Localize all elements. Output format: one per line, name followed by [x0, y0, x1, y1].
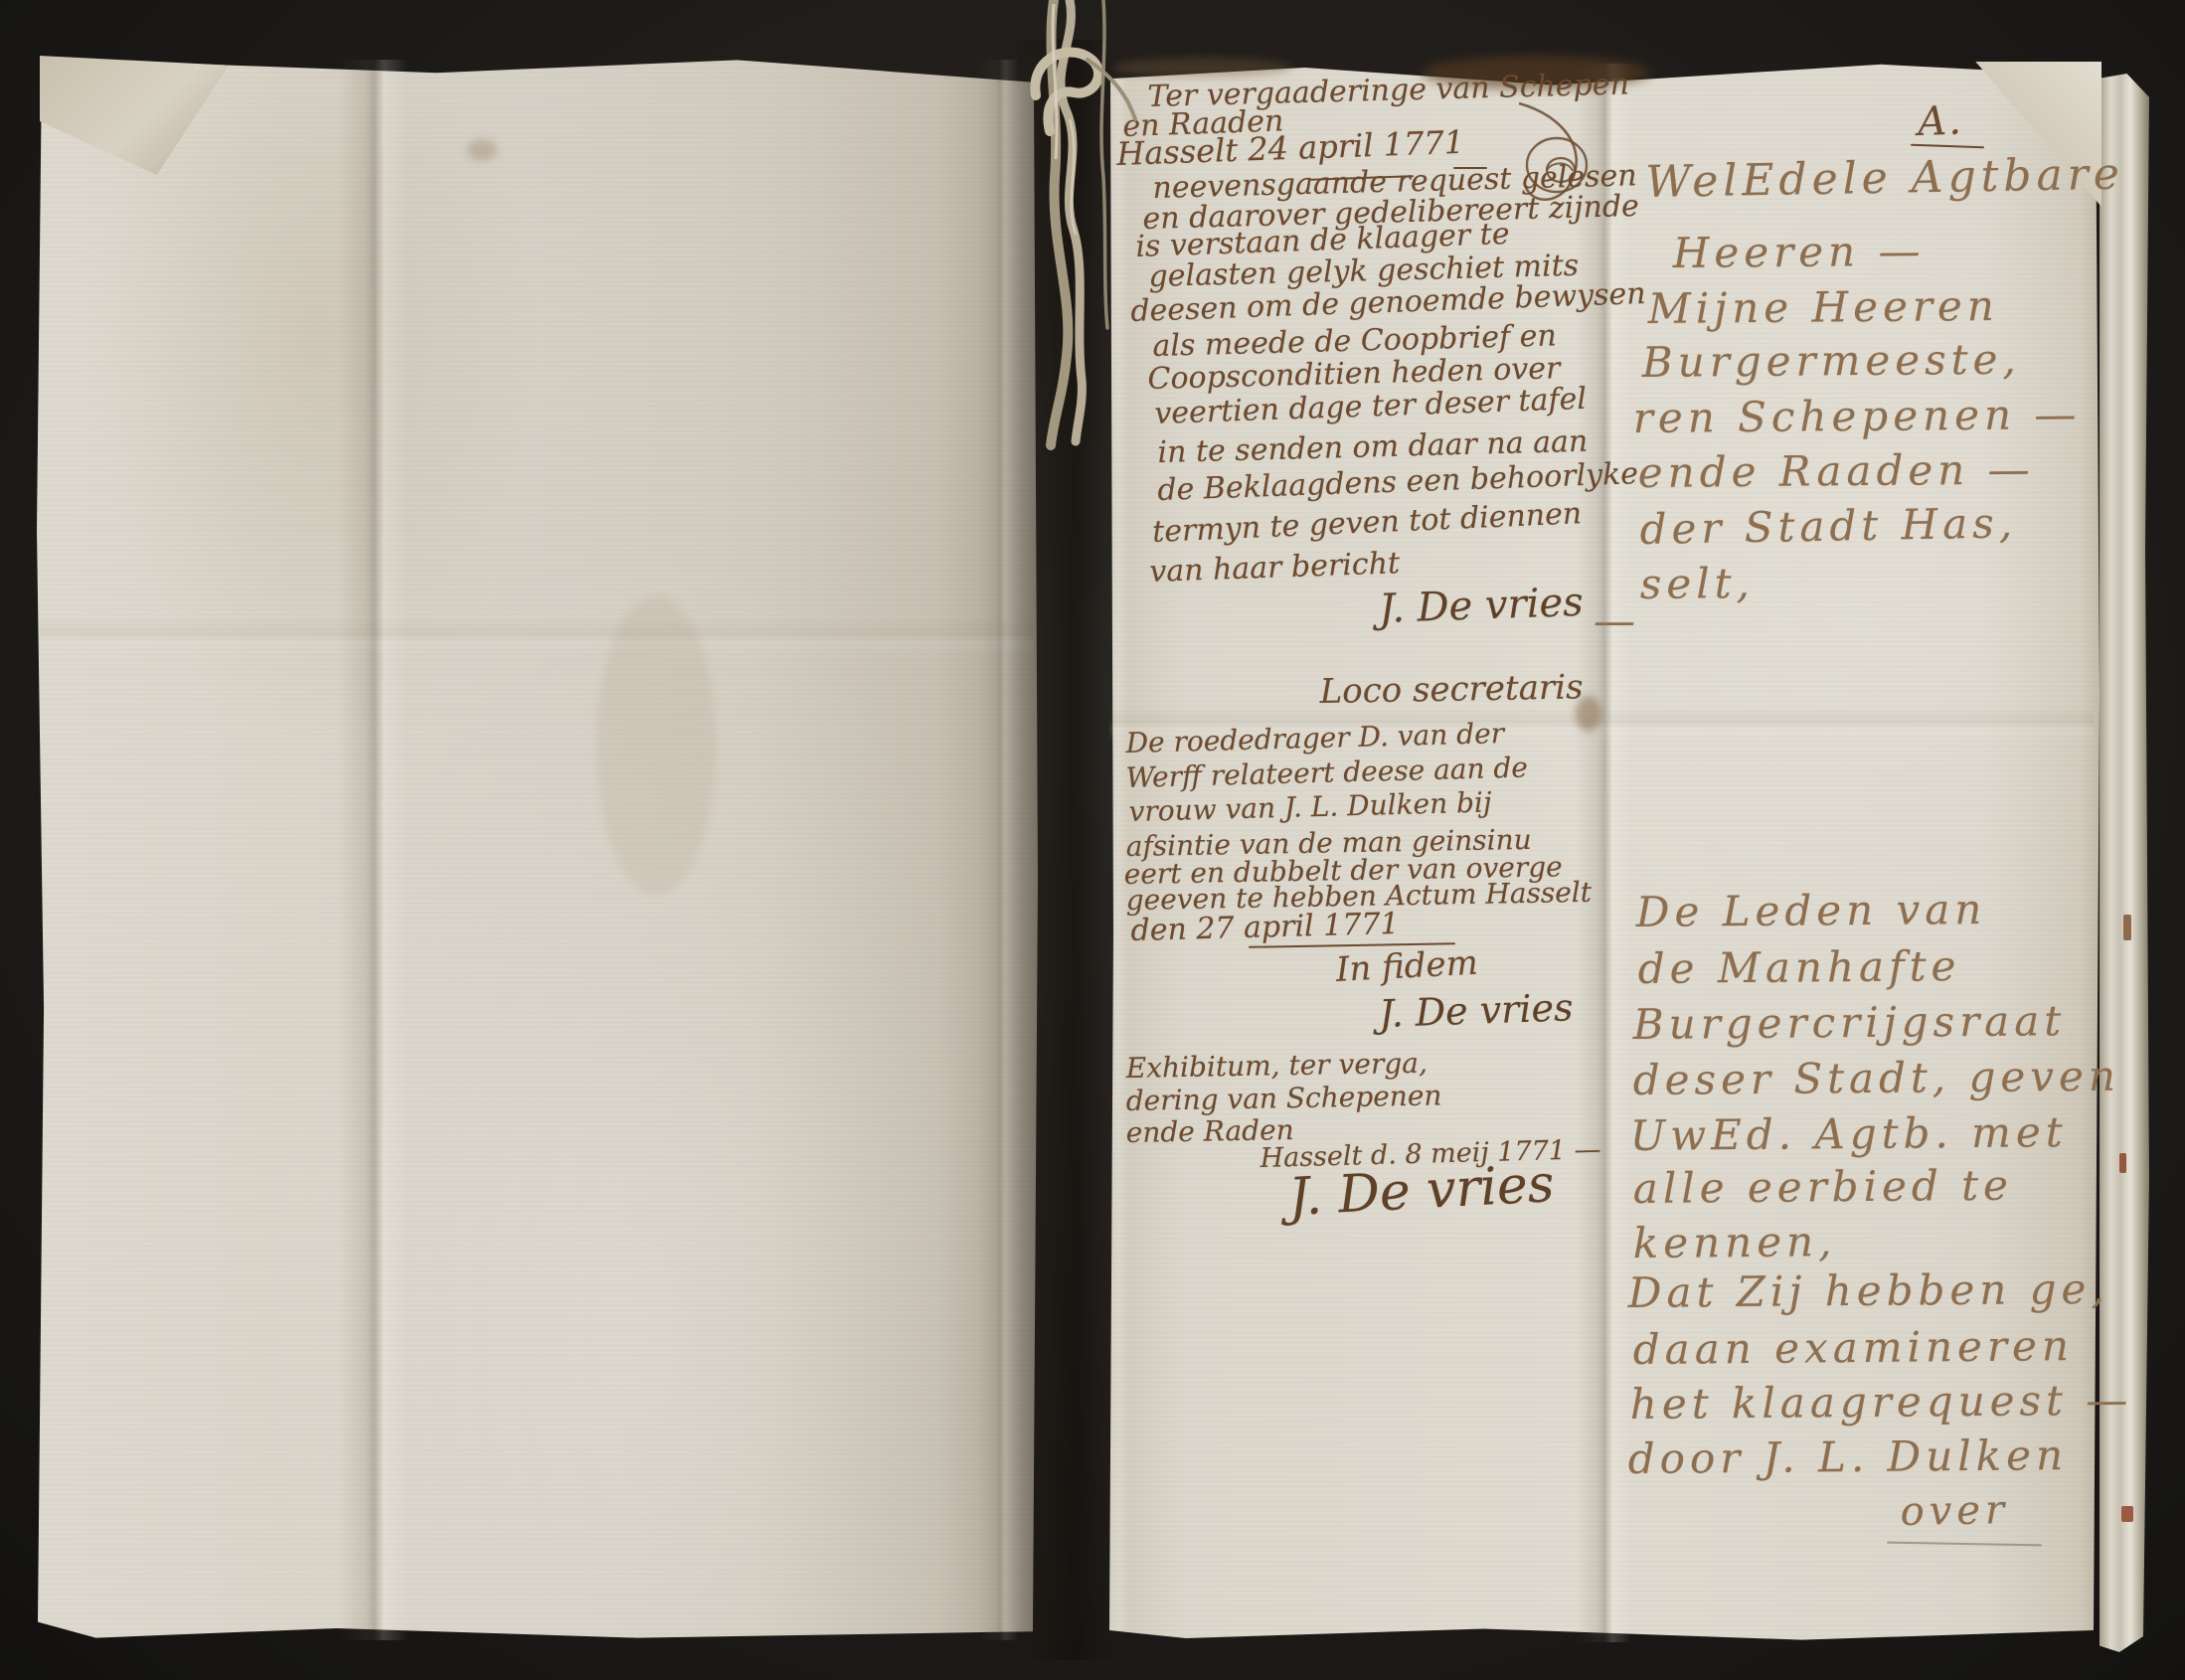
request-body-line: Burgercrijgsraat — [1633, 996, 2067, 1049]
address-line: Mijne Heeren — [1648, 281, 1999, 333]
address-dash: — — [1594, 596, 1640, 645]
request-body-line: daan examineren — [1633, 1321, 2075, 1374]
address-line: Heeren — — [1673, 227, 1926, 277]
request-body-line: alle eerbied te — [1633, 1161, 2013, 1213]
left-page — [36, 54, 1038, 1644]
request-body-line: UwEd. Agtb. met — [1630, 1107, 2068, 1160]
address-line: Burgermeeste, — [1642, 335, 2021, 387]
signature-de-vries: J. De vries — [1378, 985, 1574, 1036]
exhibitum-line: Exhibitum, ter verga, — [1125, 1047, 1428, 1085]
catchword: over — [1900, 1487, 2009, 1535]
address-line: selt, — [1640, 559, 1756, 608]
manuscript-photo: Ter vergaaderinge van Schepen en Raaden … — [0, 0, 2185, 1680]
relaas-date-line: den 27 april 1771 — [1130, 907, 1400, 948]
binding-cord — [1024, 0, 1143, 447]
address-line: der Stadt Has, — [1639, 498, 2017, 554]
signature-capacity: Loco secretaris — [1319, 667, 1584, 712]
exhibitum-line: dering van Schepenen — [1125, 1079, 1441, 1117]
request-body-line: deser Stadt, geven — [1633, 1052, 2121, 1104]
request-body-line: De Leden van — [1636, 885, 1987, 936]
request-body-line: het klaagrequest — — [1630, 1376, 2133, 1428]
address-line: ende Raaden — — [1638, 445, 2035, 497]
address-line: ren Schepenen — — [1633, 390, 2082, 442]
address-line: WelEdele Agtbare — [1645, 149, 2124, 208]
request-body-line: kennen, — [1633, 1217, 1837, 1267]
in-fidem-line: In fidem — [1335, 943, 1479, 990]
paraph-flourish — [1511, 97, 1600, 212]
folio-mark: A. — [1917, 97, 1963, 145]
request-body-line: Dat Zij hebben ge, — [1628, 1264, 2109, 1317]
signature-de-vries: J. De vries — [1378, 580, 1584, 632]
request-body-line: door J. L. Dulken — [1628, 1430, 2069, 1483]
request-body-line: de Manhafte — [1638, 941, 1961, 993]
